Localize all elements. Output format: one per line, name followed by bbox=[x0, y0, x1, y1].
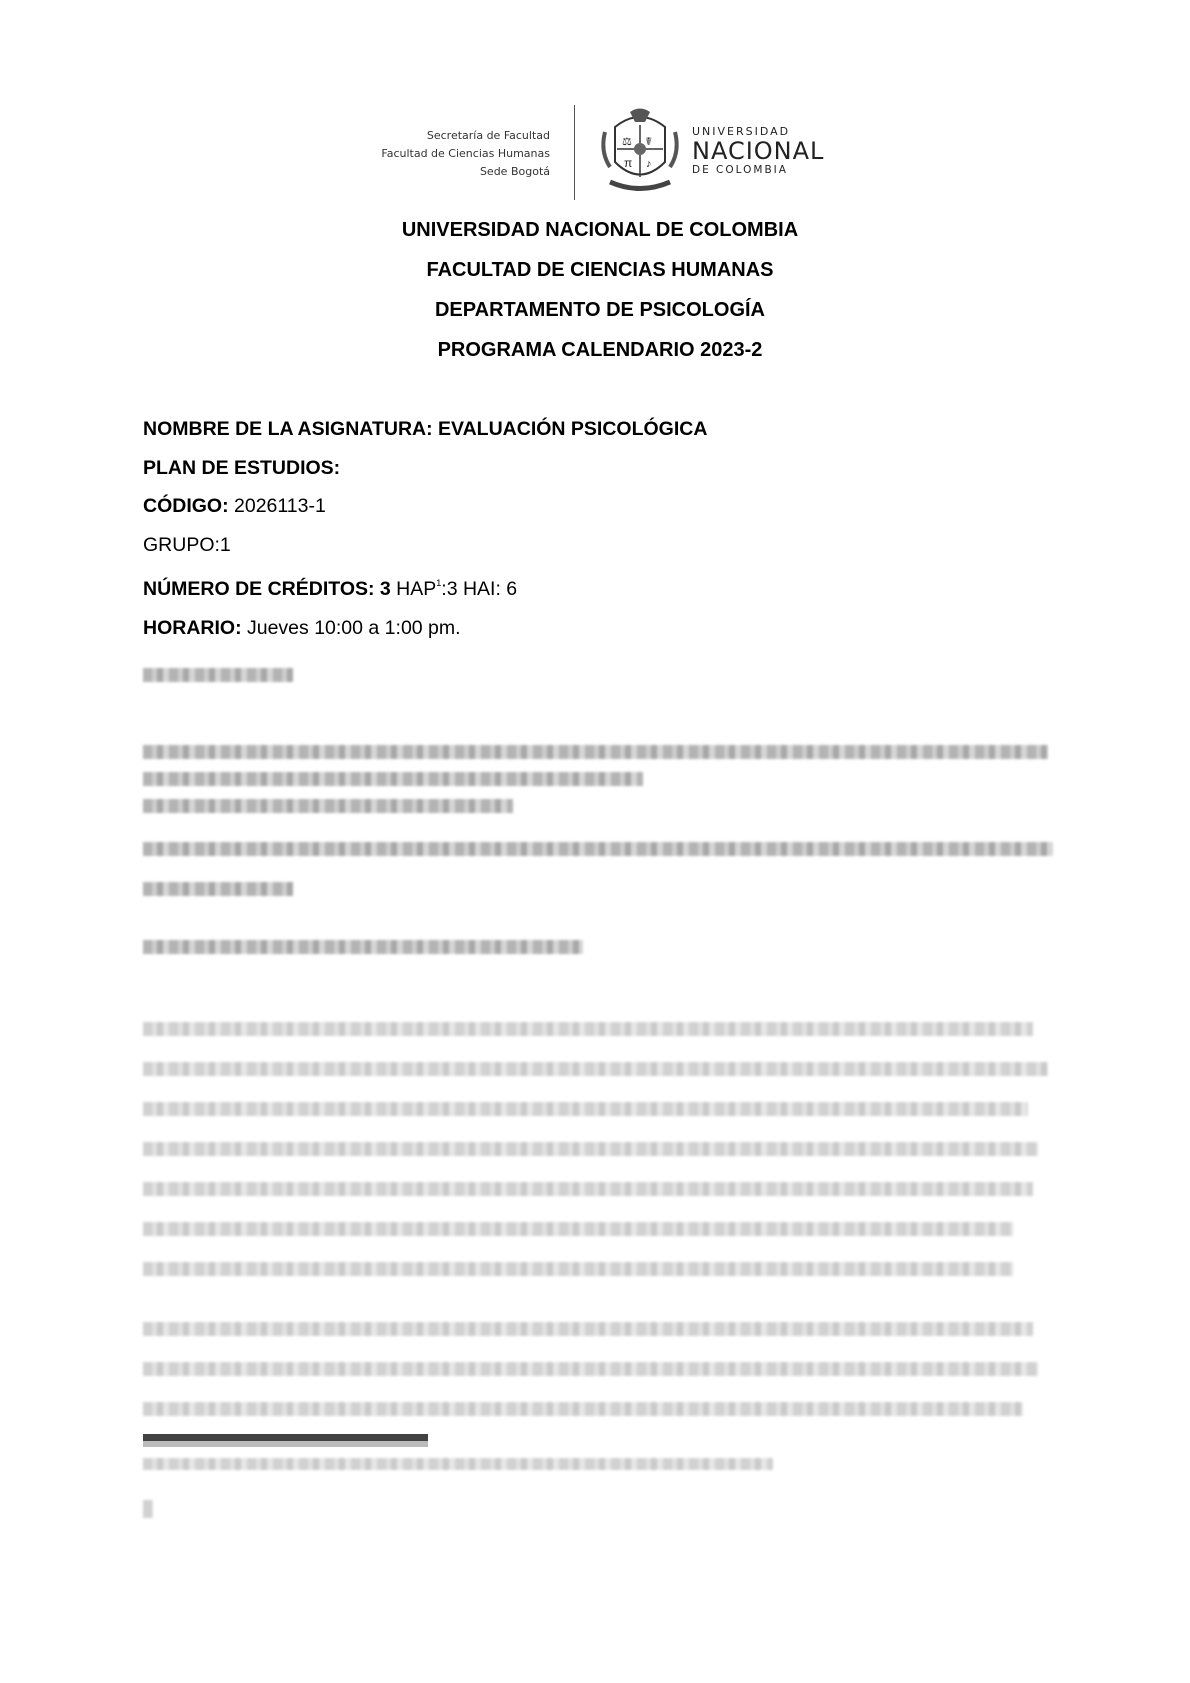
redacted-paragraph-line bbox=[143, 1062, 1048, 1076]
redacted-paragraph-line bbox=[143, 1182, 1033, 1196]
title-university: UNIVERSIDAD NACIONAL DE COLOMBIA bbox=[0, 210, 1190, 250]
redacted-paragraph-line bbox=[143, 1322, 1033, 1336]
redacted-office bbox=[143, 882, 293, 896]
university-crest-icon: ⚖ ☤ π ♪ bbox=[595, 107, 685, 197]
university-wordmark: UNIVERSIDAD NACIONAL DE COLOMBIA bbox=[692, 125, 824, 176]
footnote-separator-shadow bbox=[143, 1441, 428, 1447]
svg-text:♪: ♪ bbox=[646, 158, 652, 170]
redacted-prerequisites bbox=[143, 745, 1048, 759]
redacted-email bbox=[143, 799, 513, 813]
title-department: DEPARTAMENTO DE PSICOLOGÍA bbox=[0, 290, 1190, 330]
footnote-separator bbox=[143, 1434, 428, 1441]
redacted-paragraph-line bbox=[143, 1102, 1028, 1116]
redacted-paragraph-line bbox=[143, 1262, 1013, 1276]
letterhead: Secretaría de Facultad Facultad de Cienc… bbox=[340, 95, 840, 195]
redacted-paragraph-line bbox=[143, 1222, 1013, 1236]
redacted-paragraph-line bbox=[143, 1362, 1038, 1376]
study-plan: PLAN DE ESTUDIOS: bbox=[143, 449, 707, 488]
title-faculty: FACULTAD DE CIENCIAS HUMANAS bbox=[0, 250, 1190, 290]
redacted-page-mark bbox=[143, 1500, 153, 1518]
office-line: Sede Bogotá bbox=[381, 163, 550, 181]
svg-text:π: π bbox=[624, 156, 632, 170]
svg-text:☤: ☤ bbox=[645, 136, 652, 148]
course-group: GRUPO:1 bbox=[143, 526, 707, 565]
letterhead-divider bbox=[574, 105, 575, 200]
redacted-footnote bbox=[143, 1458, 773, 1470]
redacted-office-hours bbox=[143, 842, 1053, 856]
course-code: CÓDIGO: 2026113-1 bbox=[143, 487, 707, 526]
redacted-section-heading bbox=[143, 940, 583, 954]
svg-text:⚖: ⚖ bbox=[622, 136, 632, 148]
course-credits: NÚMERO DE CRÉDITOS: 3 HAP1:3 HAI: 6 bbox=[143, 564, 707, 609]
redacted-instructor bbox=[143, 772, 643, 786]
office-line: Facultad de Ciencias Humanas bbox=[381, 145, 550, 163]
faculty-office-block: Secretaría de Facultad Facultad de Cienc… bbox=[381, 127, 550, 181]
course-info: NOMBRE DE LA ASIGNATURA: EVALUACIÓN PSIC… bbox=[143, 410, 707, 647]
course-schedule: HORARIO: Jueves 10:00 a 1:00 pm. bbox=[143, 609, 707, 648]
title-program: PROGRAMA CALENDARIO 2023-2 bbox=[0, 330, 1190, 370]
course-name: NOMBRE DE LA ASIGNATURA: EVALUACIÓN PSIC… bbox=[143, 410, 707, 449]
office-line: Secretaría de Facultad bbox=[381, 127, 550, 145]
document-titles: UNIVERSIDAD NACIONAL DE COLOMBIA FACULTA… bbox=[0, 210, 1190, 370]
redacted-classroom bbox=[143, 668, 293, 682]
redacted-paragraph-line bbox=[143, 1142, 1038, 1156]
redacted-paragraph-line bbox=[143, 1402, 1023, 1416]
redacted-paragraph-line bbox=[143, 1022, 1033, 1036]
